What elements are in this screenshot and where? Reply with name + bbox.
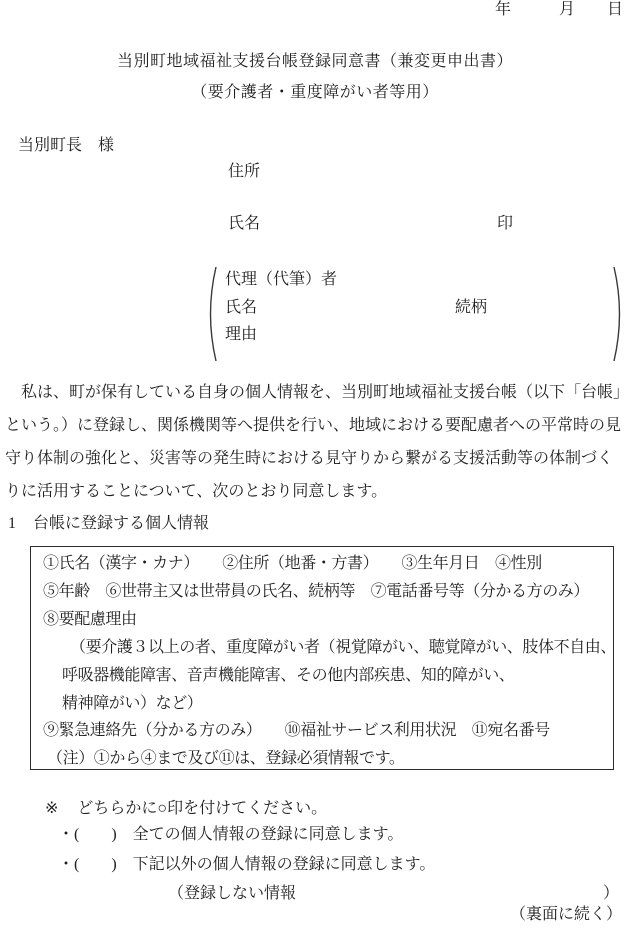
excluded-info-field-open: （登録しない情報 [168,886,296,902]
proxy-bracket-right-icon [612,264,626,364]
document-title: 当別町地域福祉支援台帳登録同意書（兼変更申出書） [0,54,630,70]
proxy-reason-label: 理由 [225,327,257,343]
option-label: 全ての個人情報の登録に同意します。 [133,826,404,843]
option-circle-field: ・( ) [58,856,133,873]
info-box-line: （要介護３以上の者、重度障がい者（視覚障がい、聴覚障がい、肢体不自由、 [43,634,601,662]
option-circle-field: ・( ) [58,826,133,843]
proxy-title: 代理（代筆）者 [225,272,337,288]
proxy-name-label: 氏名 [225,299,257,316]
applicant-name-row: 氏名 印 [228,216,528,232]
document-page: 年 月 日 当別町地域福祉支援台帳登録同意書（兼変更申出書） （要介護者・重度障… [0,0,630,932]
excluded-info-field-close: ） [603,886,619,902]
info-box-line: 精神障がい）など） [43,690,601,718]
info-box-line: （注）①から④まで及び⑪は、登録必須情報です。 [43,745,601,773]
address-label: 住所 [228,164,260,180]
date-line: 年 月 日 [495,2,623,18]
section1-heading: 1台帳に登録する個人情報 [8,516,209,532]
continued-on-back-note: （裏面に続く） [510,907,622,923]
name-label: 氏名 [228,215,260,232]
paragraph-line: 私は、町が保有している自身の個人情報を、当別町地域福祉支援台帳（以下「台帳」 [5,376,627,409]
instruction-text: どちらかに○印を付けてください。 [77,800,327,817]
reference-mark-icon: ※ [45,800,58,817]
proxy-name-row: 氏名 続柄 [225,300,565,316]
info-box-line: 呼吸器機能障害、音声機能障害、その他内部疾患、知的障がい、 [43,662,601,690]
document-subtitle: （要介護者・重度障がい者等用） [0,85,630,101]
paragraph-line: りに活用することについて、次のとおり同意します。 [5,475,627,508]
consent-option-all: ・( ) 全ての個人情報の登録に同意します。 [58,827,403,843]
paragraph-line: という。）に登録し、関係機関等へ提供を行い、地域における要配慮者への平常時の見 [5,409,627,442]
seal-label: 印 [497,216,513,232]
consent-option-partial: ・( ) 下記以外の個人情報の登録に同意します。 [58,857,435,873]
section1-title: 台帳に登録する個人情報 [33,515,209,532]
info-box-line: ⑧要配慮理由 [43,606,601,634]
info-box-line: ①氏名（漢字・カナ） ②住所（地番・方書） ③生年月日 ④性別 [43,550,601,578]
option-label: 下記以外の個人情報の登録に同意します。 [133,856,436,873]
consent-paragraph: 私は、町が保有している自身の個人情報を、当別町地域福祉支援台帳（以下「台帳」 と… [5,376,627,508]
info-box-line: ⑨緊急連絡先（分かる方のみ） ⑩福祉サービス利用状況 ⑪宛名番号 [43,717,601,745]
proxy-bracket-left-icon [204,264,218,364]
circle-instruction: ※どちらかに○印を付けてください。 [45,801,327,817]
paragraph-line: 守り体制の強化と、災害等の発生時における見守りから繋がる支援活動等の体制づく [5,442,627,475]
proxy-relation-label: 続柄 [455,300,487,316]
info-box-line: ⑤年齢 ⑥世帯主又は世帯員の氏名、続柄等 ⑦電話番号等（分かる方のみ） [43,578,601,606]
section1-number: 1 [8,515,16,532]
personal-info-box: ①氏名（漢字・カナ） ②住所（地番・方書） ③生年月日 ④性別 ⑤年齢 ⑥世帯主… [30,546,614,770]
addressee: 当別町長 様 [18,138,114,154]
